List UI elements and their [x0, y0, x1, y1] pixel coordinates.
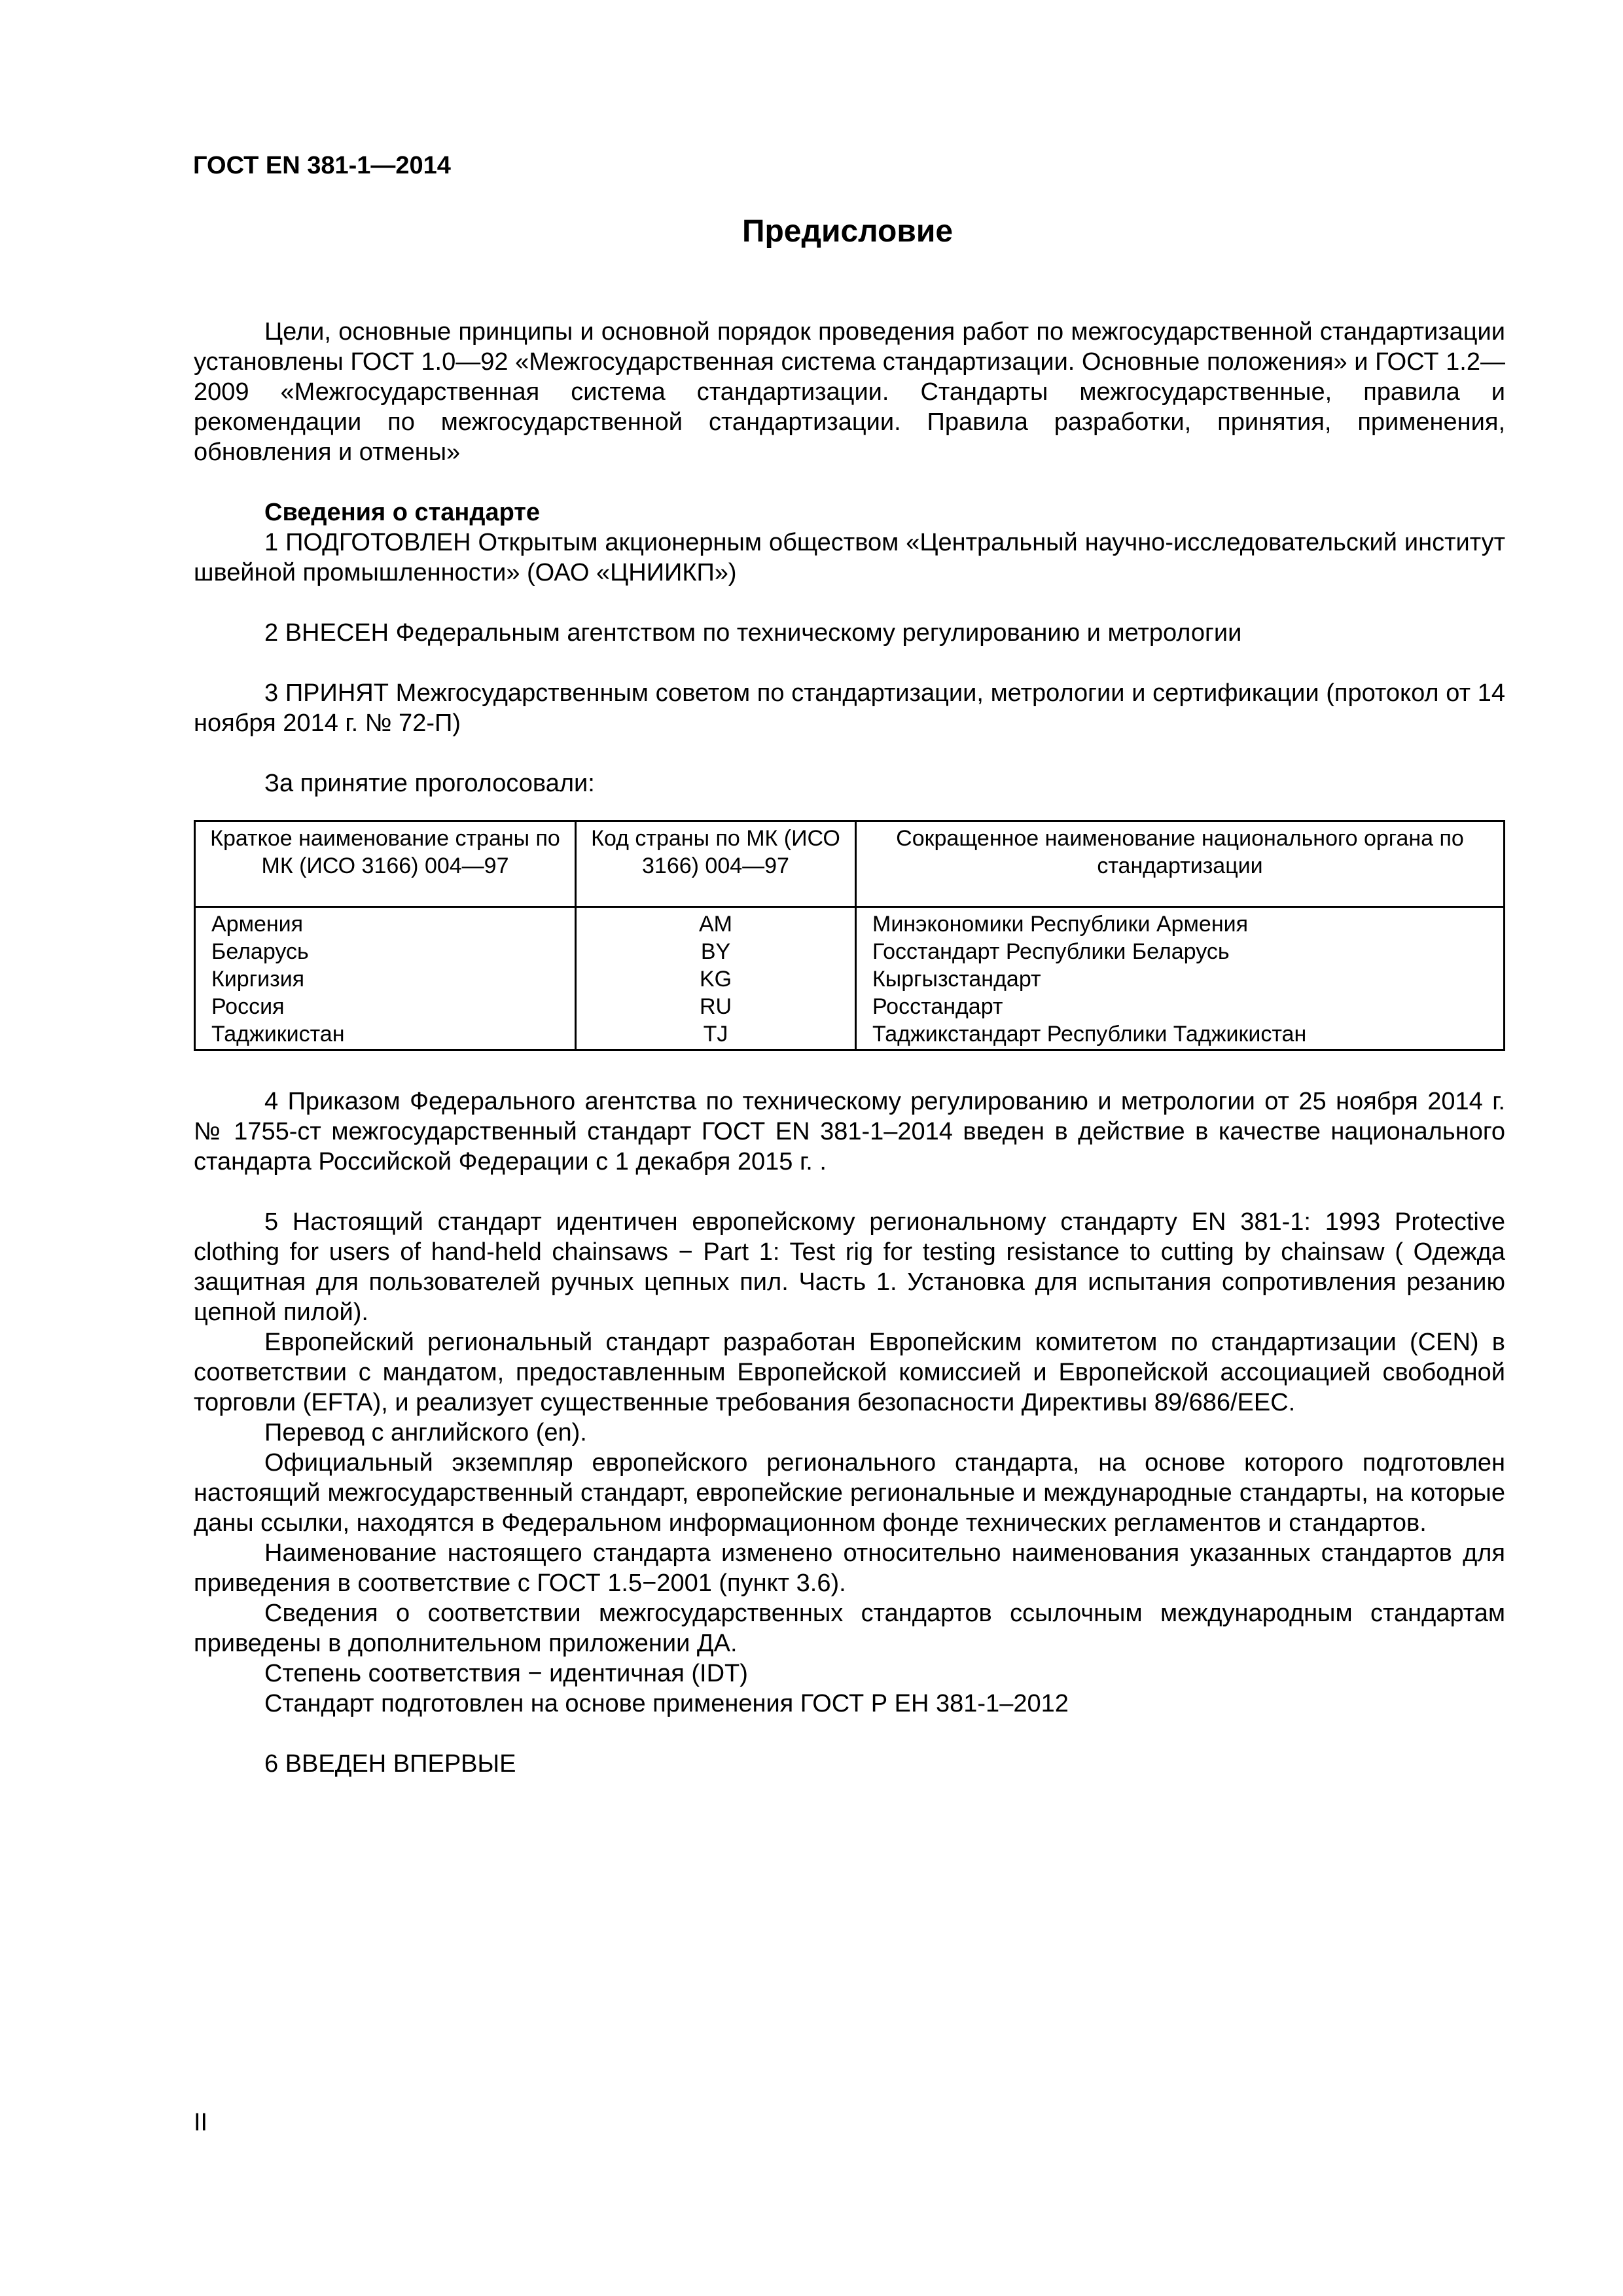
national-body-cell: Таджикстандарт Республики Таджикистан — [856, 1020, 1505, 1050]
document-page: ГОСТ EN 381-1—2014 Предисловие Цели, осн… — [0, 0, 1623, 2296]
item-5-degree: Степень соответствия − идентичная (IDT) — [194, 1659, 1505, 1689]
code-cell: AM — [576, 907, 856, 939]
preface-intro-block: Цели, основные принципы и основной поряд… — [194, 317, 1505, 798]
table-row: Киргизия KG Кыргызстандарт — [195, 965, 1505, 993]
item-6-first-introduced: 6 ВВЕДЕН ВПЕРВЫЕ — [194, 1749, 1505, 1779]
country-cell: Таджикистан — [195, 1020, 576, 1050]
table-row: Армения AM Минэкономики Республики Армен… — [195, 907, 1505, 939]
code-cell: TJ — [576, 1020, 856, 1050]
standard-code-header: ГОСТ EN 381-1—2014 — [193, 152, 451, 180]
national-body-cell: Росстандарт — [856, 993, 1505, 1020]
table-row: Беларусь BY Госстандарт Республики Белар… — [195, 938, 1505, 965]
intro-paragraph: Цели, основные принципы и основной поряд… — [194, 317, 1505, 467]
item-5-basis: Стандарт подготовлен на основе применени… — [194, 1689, 1505, 1719]
code-cell: KG — [576, 965, 856, 993]
column-header-national-body: Сокращенное наименование национального о… — [856, 821, 1505, 907]
country-cell: Киргизия — [195, 965, 576, 993]
page-number: II — [194, 2109, 207, 2137]
info-heading: Сведения о стандарте — [194, 497, 1505, 528]
national-body-cell: Кыргызстандарт — [856, 965, 1505, 993]
vote-label: За принятие проголосовали: — [194, 768, 1505, 798]
table-row: Россия RU Росстандарт — [195, 993, 1505, 1020]
column-header-code: Код страны по МК (ИСО 3166) 004—97 — [576, 821, 856, 907]
page-title: Предисловие — [0, 213, 1623, 249]
country-cell: Россия — [195, 993, 576, 1020]
code-cell: RU — [576, 993, 856, 1020]
country-cell: Армения — [195, 907, 576, 939]
national-body-cell: Минэкономики Республики Армения — [856, 907, 1505, 939]
item-5-identity: 5 Настоящий стандарт идентичен европейск… — [194, 1207, 1505, 1327]
column-header-country: Краткое наименование страны по МК (ИСО 3… — [195, 821, 576, 907]
item-5-official-copy: Официальный экземпляр европейского регио… — [194, 1448, 1505, 1538]
national-body-cell: Госстандарт Республики Беларусь — [856, 938, 1505, 965]
country-cell: Беларусь — [195, 938, 576, 965]
preface-details-block: 4 Приказом Федерального агентства по тех… — [194, 1086, 1505, 1779]
item-5-name-change: Наименование настоящего стандарта измене… — [194, 1538, 1505, 1598]
item-1-prepared: 1 ПОДГОТОВЛЕН Открытым акционерным общес… — [194, 528, 1505, 588]
item-5-translation: Перевод с английского (en). — [194, 1418, 1505, 1448]
code-cell: BY — [576, 938, 856, 965]
item-5-correspondence: Сведения о соответствии межгосударственн… — [194, 1598, 1505, 1659]
table-header-row: Краткое наименование страны по МК (ИСО 3… — [195, 821, 1505, 907]
item-2-submitted: 2 ВНЕСЕН Федеральным агентством по техни… — [194, 618, 1505, 648]
voting-table: Краткое наименование страны по МК (ИСО 3… — [194, 820, 1505, 1051]
item-3-adopted: 3 ПРИНЯТ Межгосударственным советом по с… — [194, 678, 1505, 738]
table-row: Таджикистан TJ Таджикстандарт Республики… — [195, 1020, 1505, 1050]
item-5-european-standard: Европейский региональный стандарт разраб… — [194, 1327, 1505, 1418]
item-4-order: 4 Приказом Федерального агентства по тех… — [194, 1086, 1505, 1177]
